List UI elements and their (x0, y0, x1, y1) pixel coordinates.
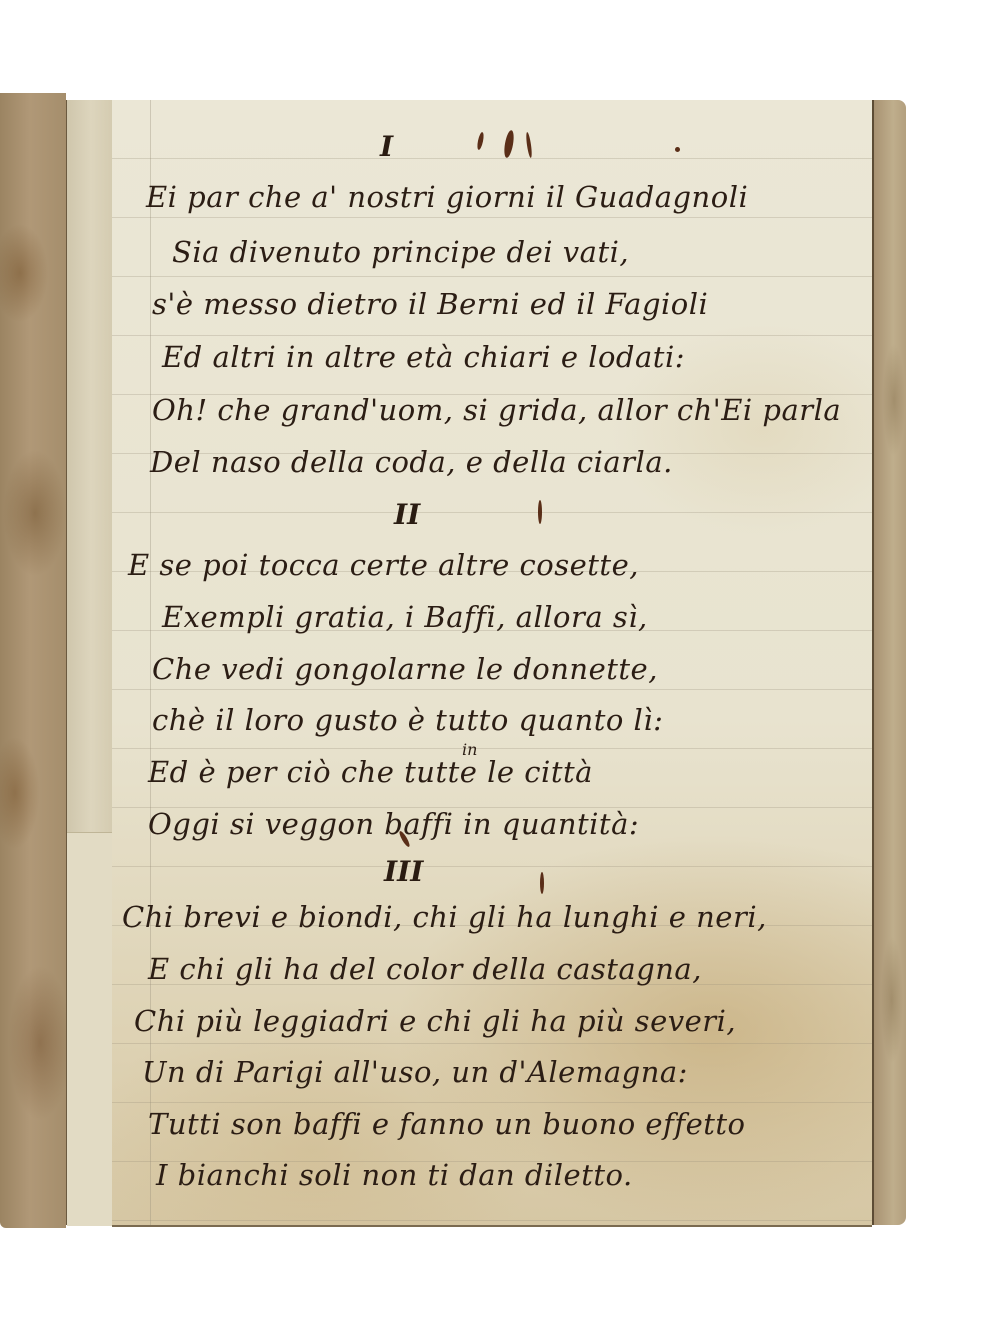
verse-line: Sia divenuto principe dei vati, (172, 235, 629, 269)
verse-line: Che vedi gongolarne le donnette, (152, 652, 658, 686)
verse-line: Del naso della coda, e della ciarla. (150, 445, 673, 479)
left-cover-board (0, 93, 66, 1228)
verse-line: Oggi si veggon baffi in quantità: (148, 807, 639, 841)
verse-line: Ed altri in altre età chiari e lodati: (162, 340, 685, 374)
verse-line: Chi più leggiadri e chi gli ha più sever… (134, 1004, 736, 1038)
verse-line: Tutti son baffi e fanno un buono effetto (148, 1107, 746, 1141)
verse-line: E se poi tocca certe altre cosette, (128, 548, 639, 582)
verse-line: Ei par che a' nostri giorni il Guadagnol… (146, 180, 748, 214)
gutter-paper-strip (66, 100, 115, 1225)
verse-line: Un di Parigi all'uso, un d'Alemagna: (142, 1055, 688, 1089)
verse-line: Chi brevi e biondi, chi gli ha lunghi e … (122, 900, 767, 934)
verse-line: I bianchi soli non ti dan diletto. (156, 1158, 633, 1192)
verse-line: chè il loro gusto è tutto quanto lì: (152, 703, 663, 737)
right-cover-board (872, 100, 906, 1225)
verse-line: Exempli gratia, i Baffi, allora sì, (162, 600, 648, 634)
manuscript-text: I Ei par che a' nostri giorni il Guadagn… (112, 100, 872, 1225)
stanza-numeral: III (384, 855, 423, 888)
stanza-numeral: II (394, 498, 420, 531)
verse-line: Oh! che grand'uom, si grida, allor ch'Ei… (152, 393, 841, 427)
gutter-repair-patch (67, 832, 115, 1226)
verse-line: E chi gli ha del color della castagna, (148, 952, 702, 986)
stanza-numeral: I (380, 130, 393, 163)
verse-line: s'è messo dietro il Berni ed il Fagioli (152, 287, 708, 321)
verse-line: Ed è per ciò che tutte le città (148, 755, 593, 789)
